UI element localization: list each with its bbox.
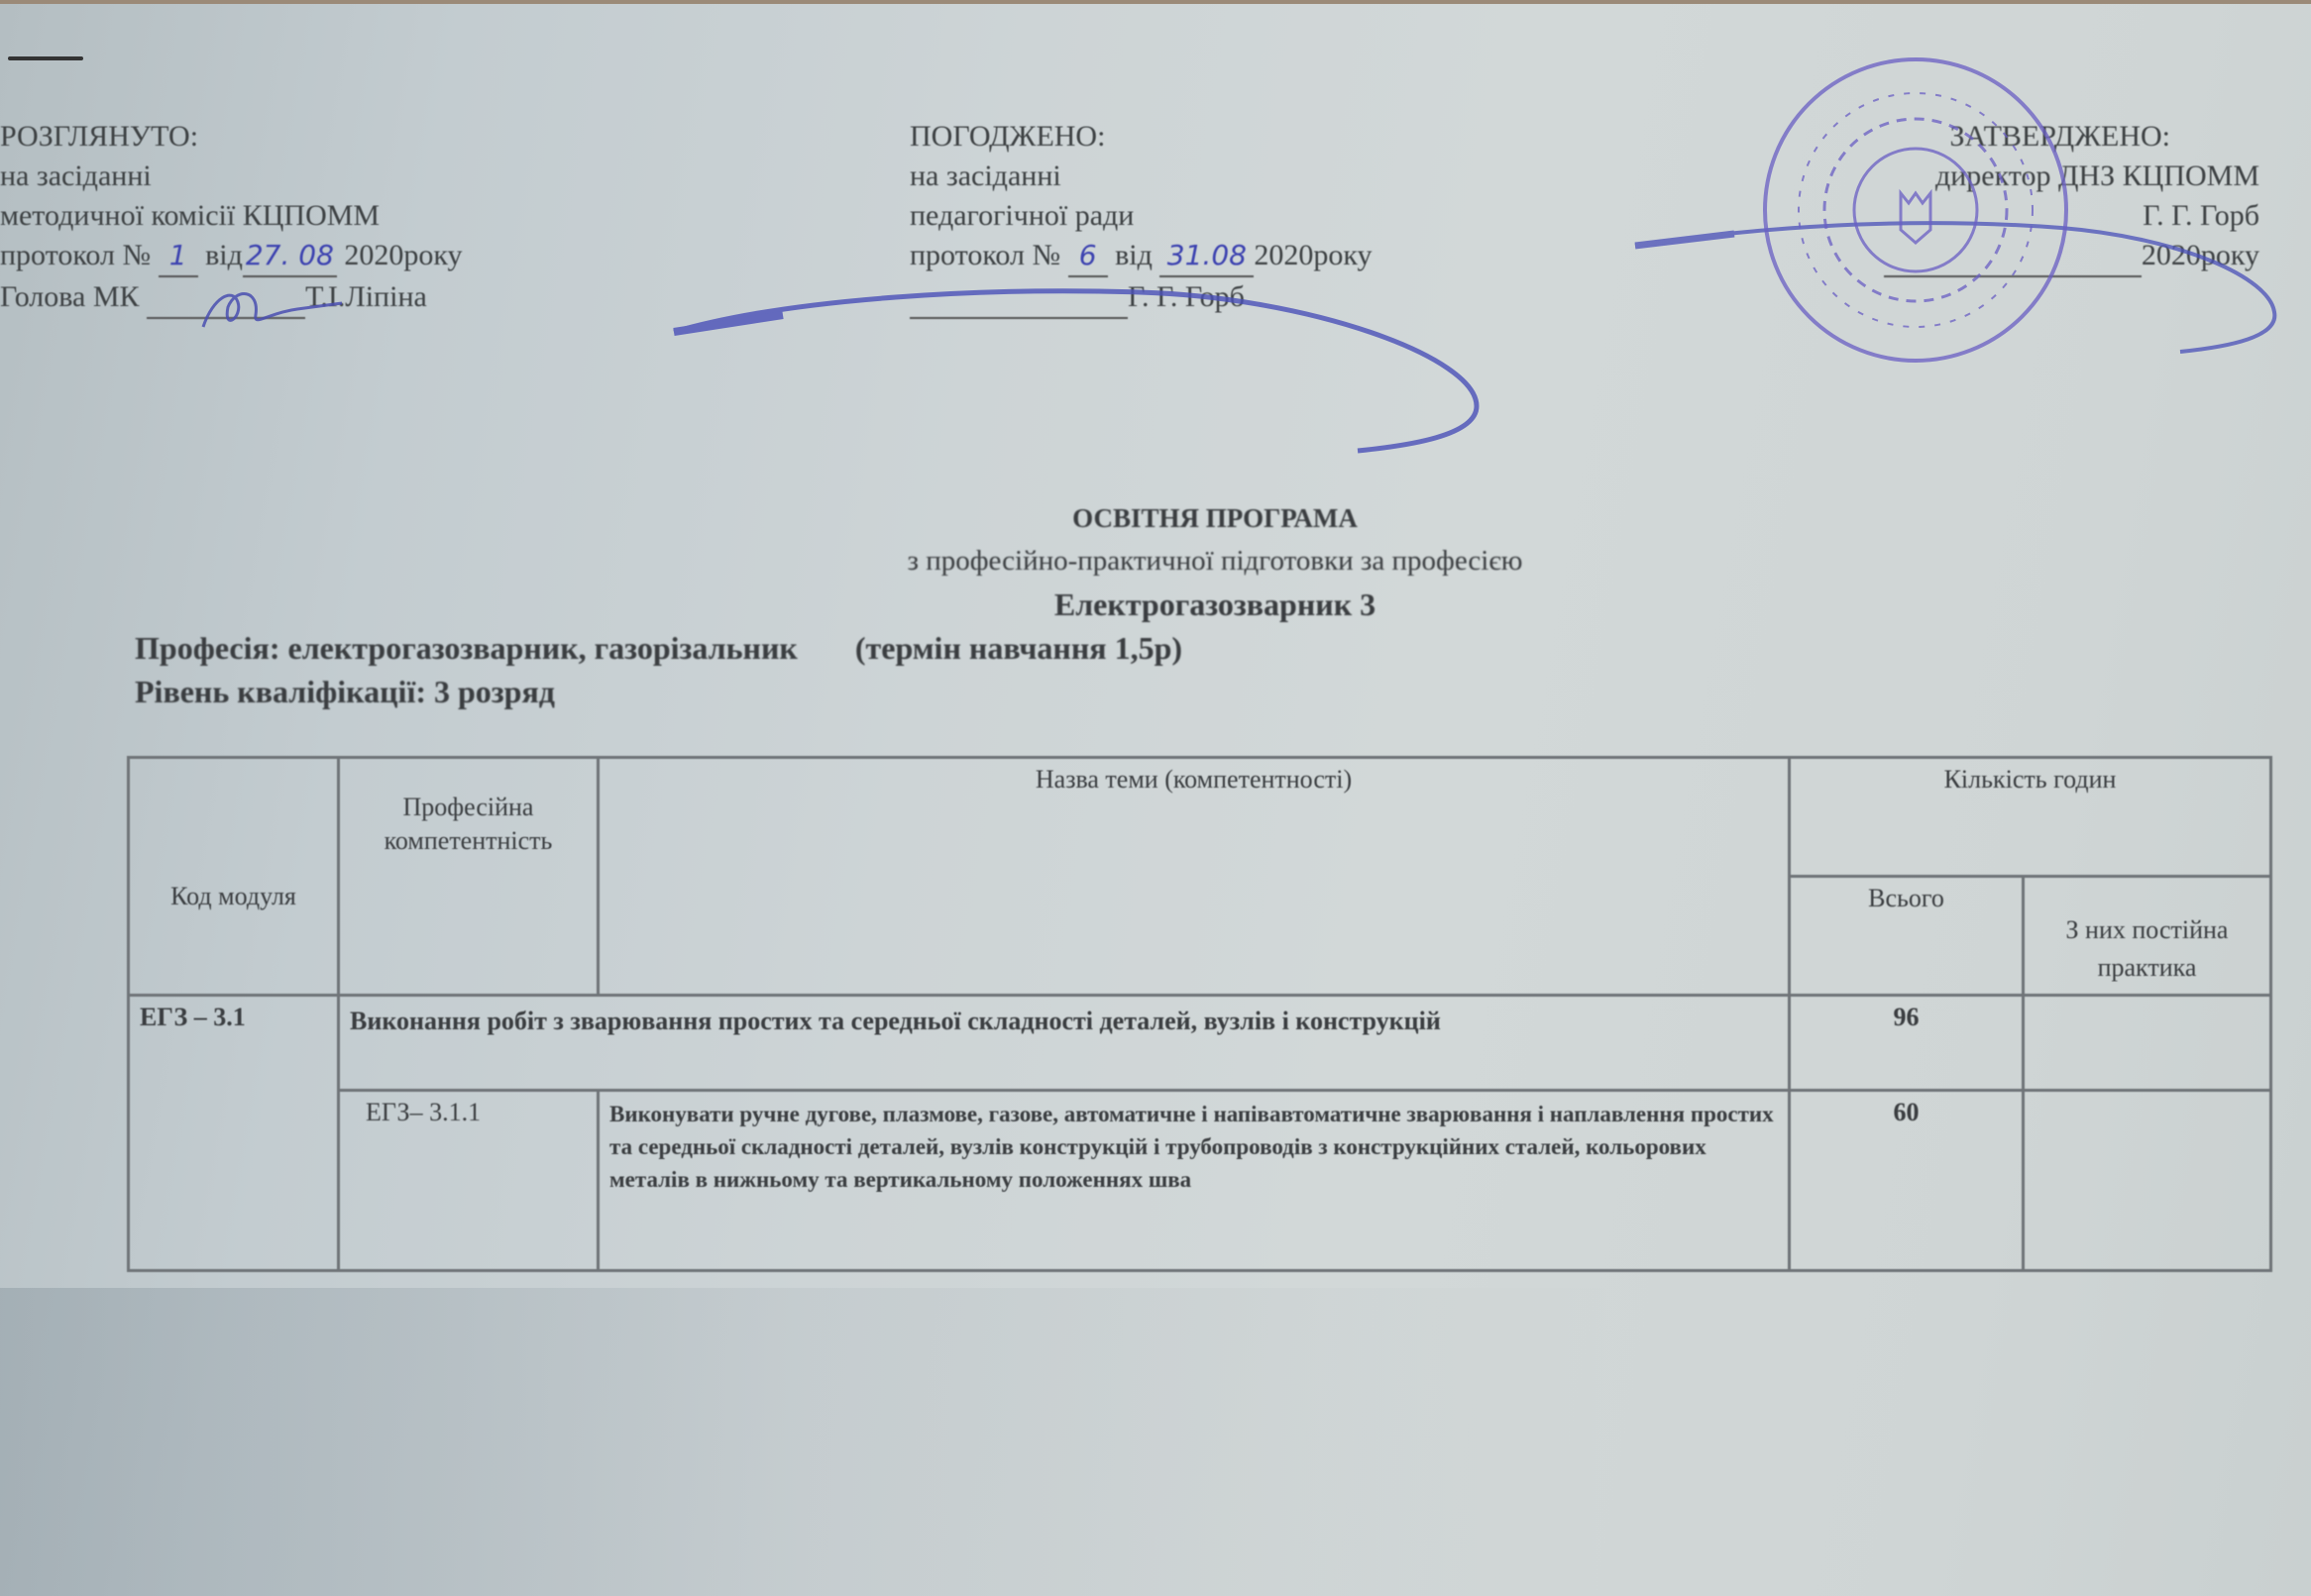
header-topic: Назва теми (компетентності) (599, 758, 1790, 996)
reviewed-protocol: протокол № 1 від27. 08 2020року (0, 236, 463, 277)
header-practice: З них постійна практика (2024, 877, 2271, 996)
agreed-signer: Г. Г. Горб (910, 277, 1373, 319)
header-hours: Кількість годин (1790, 758, 2271, 877)
reviewed-line2: методичної комісії КЦПОММ (0, 196, 463, 236)
module-title: Виконання робіт з зварювання простих та … (339, 996, 1790, 1091)
reviewed-line1: на засіданні (0, 157, 463, 196)
program-subtitle: з професійно-практичної підготовки за пр… (59, 545, 2311, 578)
module-practice-hours (2024, 996, 2271, 1091)
table-row-module: ЕГЗ – 3.1 Виконання робіт з зварювання п… (129, 996, 2271, 1091)
agreed-block: ПОГОДЖЕНО: на засіданні педагогічної рад… (910, 117, 1373, 319)
paper-shadow (0, 1288, 2311, 1596)
header-module-code: Код модуля (129, 758, 339, 996)
date-line (1884, 236, 2142, 277)
qualification-level: Рівень кваліфікації: 3 розряд (135, 674, 555, 710)
agreed-protocol: протокол № 6 від 31.082020року (910, 236, 1373, 277)
competence-total-hours: 60 (1790, 1091, 2024, 1271)
approved-year: 2020року (1873, 236, 2259, 277)
approved-heading: ЗАТВЕРДЖЕНО: (1873, 117, 2259, 157)
table-row-competence: ЕГЗ– 3.1.1 Виконувати ручне дугове, плаз… (129, 1091, 2271, 1271)
page-dash-mark (8, 56, 83, 60)
study-term: (термін навчання 1,5р) (855, 630, 1182, 666)
module-total-hours: 96 (1790, 996, 2024, 1091)
competence-practice-hours (2024, 1091, 2271, 1271)
competence-title: Виконувати ручне дугове, плазмове, газов… (599, 1091, 1790, 1271)
reviewed-heading: РОЗГЛЯНУТО: (0, 117, 463, 157)
header-total: Всього (1790, 877, 2024, 996)
agreed-line2: педагогічної ради (910, 196, 1373, 236)
program-table: Код модуля Професійна компетентність Наз… (127, 756, 2272, 1272)
competence-code: ЕГЗ– 3.1.1 (339, 1091, 599, 1271)
module-code: ЕГЗ – 3.1 (129, 996, 339, 1271)
approved-signer: Г. Г. Горб (1873, 196, 2259, 236)
reviewed-block: РОЗГЛЯНУТО: на засіданні методичної комі… (0, 117, 463, 319)
protocol-number: 6 (1068, 236, 1108, 277)
profession-info: Професія: електрогазозварник, газорізаль… (135, 630, 1182, 667)
signature-line (910, 277, 1128, 319)
protocol-number: 1 (159, 236, 198, 277)
approved-line1: директор ДНЗ КЦПОММ (1873, 157, 2259, 196)
signature-line (147, 277, 305, 319)
agreed-heading: ПОГОДЖЕНО: (910, 117, 1373, 157)
protocol-date: 27. 08 (243, 236, 337, 277)
paper-top-edge (0, 0, 2311, 4)
header-competence: Професійна компетентність (339, 758, 599, 996)
reviewed-head: Голова МК Т.І.Ліпіна (0, 277, 463, 319)
profession-title: Електрогазозварник 3 (59, 586, 2311, 623)
program-title: ОСВІТНЯ ПРОГРАМА (59, 503, 2311, 534)
approved-block: ЗАТВЕРДЖЕНО: директор ДНЗ КЦПОММ Г. Г. Г… (1873, 117, 2259, 277)
agreed-line1: на засіданні (910, 157, 1373, 196)
protocol-date: 31.08 (1159, 236, 1254, 277)
